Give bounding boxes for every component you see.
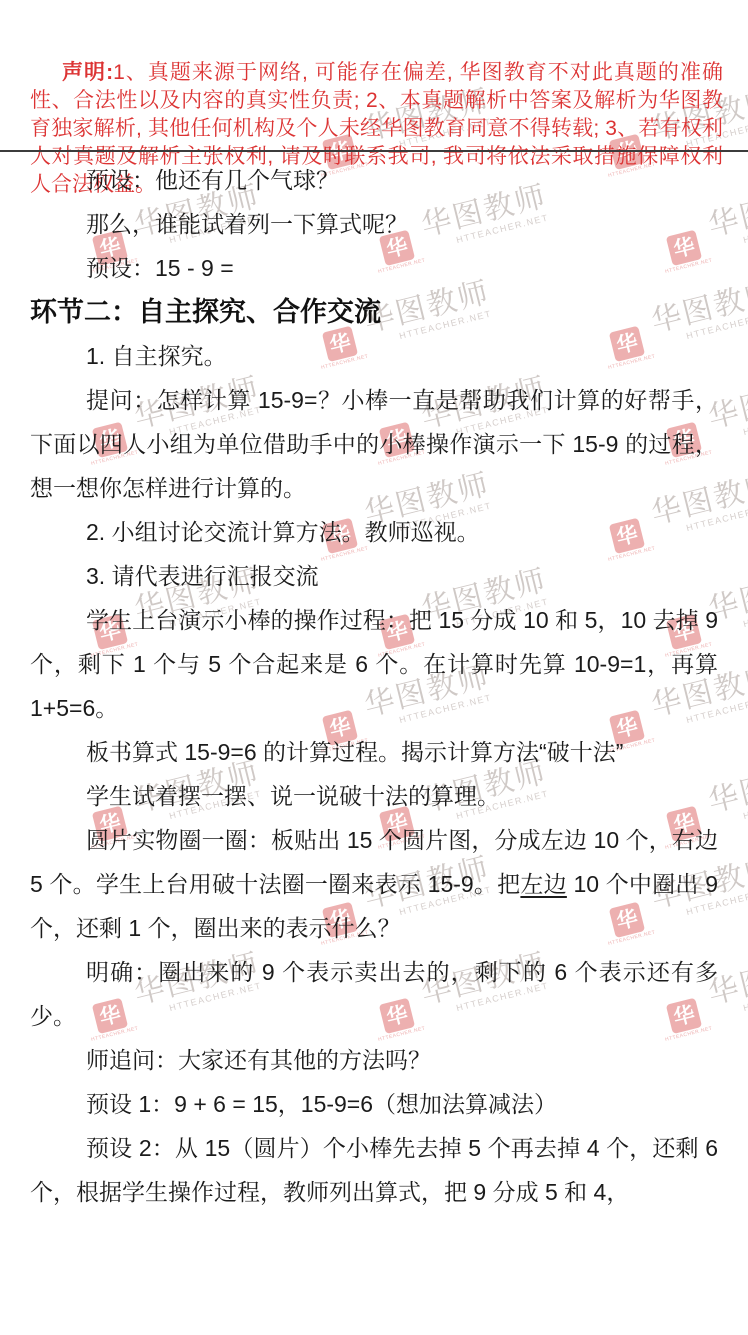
paragraph: 那么，谁能试着列一下算式呢？ — [30, 202, 718, 246]
paragraph: 师追问：大家还有其他的方法吗？ — [30, 1038, 718, 1082]
text-segment: 提问：怎样计算 15-9=？小棒一直是帮助我们计算的好帮手，下面以四人小组为单位… — [30, 387, 718, 501]
text-segment: 明确：圈出来的 9 个表示卖出去的，剩下的 6 个表示还有多少。 — [30, 959, 718, 1029]
watermark-url-text: HTTEACHER.NET — [742, 405, 748, 437]
watermark-url-text: HTTEACHER.NET — [742, 981, 748, 1013]
section-heading: 环节二：自主探究、合作交流 — [30, 290, 718, 334]
content: 预设：他还有几个气球？那么，谁能试着列一下算式呢？预设：15 - 9 =环节二：… — [30, 158, 718, 1214]
paragraph: 圆片实物圈一圈：板贴出 15 个圆片图，分成左边 10 个，右边 5 个。学生上… — [30, 818, 718, 950]
text-segment: 学生试着摆一摆、说一说破十法的算理。 — [86, 783, 500, 809]
paragraph: 提问：怎样计算 15-9=？小棒一直是帮助我们计算的好帮手，下面以四人小组为单位… — [30, 378, 718, 510]
paragraph: 明确：圈出来的 9 个表示卖出去的，剩下的 6 个表示还有多少。 — [30, 950, 718, 1038]
text-segment: 学生上台演示小棒的操作过程：把 15 分成 10 和 5，10 去掉 9 个，剩… — [30, 607, 718, 721]
watermark-url-text: HTTEACHER.NET — [742, 213, 748, 245]
document-page: 华HTTEACHER.NET华图教师HTTEACHER.NET华HTTEACHE… — [0, 0, 748, 1335]
paragraph: 预设 2：从 15（圆片）个小棒先去掉 5 个再去掉 4 个，还剩 6 个，根据… — [30, 1126, 718, 1214]
paragraph: 板书算式 15-9=6 的计算过程。揭示计算方法“破十法” — [30, 730, 718, 774]
text-segment: 预设 1：9 + 6 = 15，15-9=6（想加法算减法） — [86, 1091, 557, 1117]
text-segment: 师追问：大家还有其他的方法吗？ — [86, 1047, 431, 1073]
text-segment: 预设：他还有几个气球？ — [86, 167, 339, 193]
paragraph: 学生试着摆一摆、说一说破十法的算理。 — [30, 774, 718, 818]
text-segment: 板书算式 15-9=6 的计算过程。揭示计算方法“破十法” — [86, 739, 623, 765]
divider-rule — [0, 150, 748, 152]
paragraph: 2. 小组讨论交流计算方法。教师巡视。 — [30, 510, 718, 554]
text-segment: 预设 2：从 15（圆片）个小棒先去掉 5 个再去掉 4 个，还剩 6 个，根据… — [30, 1135, 718, 1205]
paragraph: 1. 自主探究。 — [30, 334, 718, 378]
watermark-url-text: HTTEACHER.NET — [742, 597, 748, 629]
paragraph: 学生上台演示小棒的操作过程：把 15 分成 10 和 5，10 去掉 9 个，剩… — [30, 598, 718, 730]
watermark-url-text: HTTEACHER.NET — [742, 789, 748, 821]
text-segment: 1. 自主探究。 — [86, 343, 227, 369]
paragraph: 3. 请代表进行汇报交流 — [30, 554, 718, 598]
text-segment: 3. 请代表进行汇报交流 — [86, 563, 319, 589]
text-segment: 那么，谁能试着列一下算式呢？ — [86, 211, 408, 237]
text-segment: 预设：15 - 9 = — [86, 255, 234, 281]
paragraph: 预设：他还有几个气球？ — [30, 158, 718, 202]
text-segment: 2. 小组讨论交流计算方法。教师巡视。 — [86, 519, 480, 545]
text-segment: 左边 — [520, 871, 566, 897]
text-segment: 环节二：自主探究、合作交流 — [30, 297, 381, 327]
paragraph: 预设：15 - 9 = — [30, 246, 718, 290]
paragraph: 预设 1：9 + 6 = 15，15-9=6（想加法算减法） — [30, 1082, 718, 1126]
text-segment: 声明: — [62, 61, 113, 84]
